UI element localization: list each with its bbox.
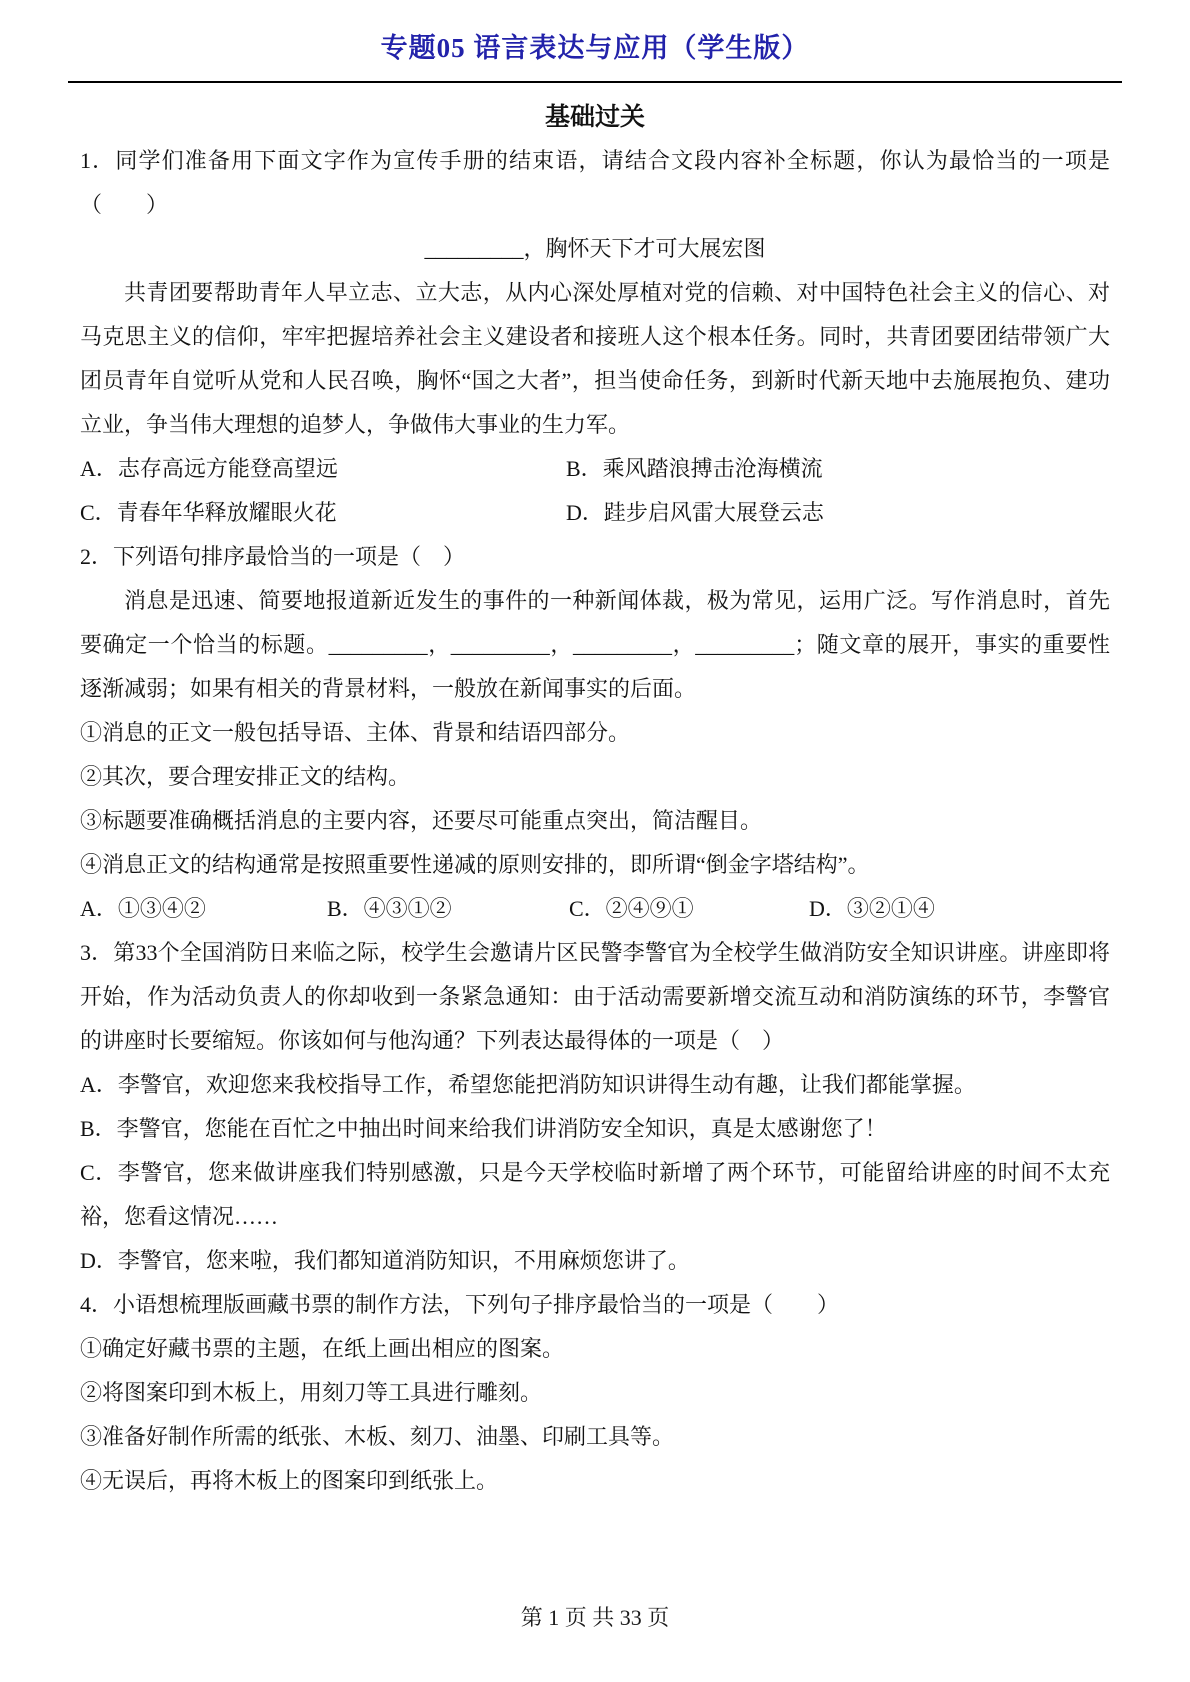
- question-2-options-row: A．①③④② B．④③①② C．②④⑨① D．③②①④: [80, 887, 1110, 931]
- page-title: 专题05 语言表达与应用（学生版）: [68, 26, 1122, 65]
- document-page: 专题05 语言表达与应用（学生版） 基础过关 1．同学们准备用下面文字作为宣传手…: [0, 0, 1190, 1682]
- question-3-option-a: A．李警官，欢迎您来我校指导工作，希望您能把消防知识讲得生动有趣，让我们都能掌握…: [80, 1063, 1110, 1107]
- question-4-stem: 4．小语想梳理版画藏书票的制作方法，下列句子排序最恰当的一项是（ ）: [80, 1283, 1110, 1327]
- footer-page-number: 第 1 页 共 33 页: [0, 1601, 1190, 1632]
- document-header: 专题05 语言表达与应用（学生版）: [68, 26, 1122, 83]
- question-1-option-b: B．乘风踏浪搏击沧海横流: [566, 447, 1110, 491]
- question-2-option-c: C．②④⑨①: [569, 887, 809, 931]
- question-2-option-d: D．③②①④: [809, 887, 1110, 931]
- question-3-stem: 3．第33个全国消防日来临之际，校学生会邀请片区民警李警官为全校学生做消防安全知…: [80, 931, 1110, 1063]
- question-2-item-4: ④消息正文的结构通常是按照重要性递减的原则安排的，即所谓“倒金字塔结构”。: [80, 843, 1110, 887]
- question-1-passage: 共青团要帮助青年人早立志、立大志，从内心深处厚植对党的信赖、对中国特色社会主义的…: [80, 271, 1110, 447]
- question-1-options-row-2: C．青春年华释放耀眼火花 D．跬步启风雷大展登云志: [80, 491, 1110, 535]
- question-2-item-1: ①消息的正文一般包括导语、主体、背景和结语四部分。: [80, 711, 1110, 755]
- question-1-option-d: D．跬步启风雷大展登云志: [566, 491, 1110, 535]
- question-1-options-row-1: A．志存高远方能登高望远 B．乘风踏浪搏击沧海横流: [80, 447, 1110, 491]
- question-2-passage: 消息是迅速、简要地报道新近发生的事件的一种新闻体裁，极为常见，运用广泛。写作消息…: [80, 579, 1110, 711]
- question-3-option-d: D．李警官，您来啦，我们都知道消防知识，不用麻烦您讲了。: [80, 1239, 1110, 1283]
- question-4-item-4: ④无误后，再将木板上的图案印到纸张上。: [80, 1459, 1110, 1503]
- question-1-blank-title: _________，胸怀天下才可大展宏图: [80, 227, 1110, 271]
- question-2-option-b: B．④③①②: [327, 887, 569, 931]
- question-1-stem: 1．同学们准备用下面文字作为宣传手册的结束语，请结合文段内容补全标题，你认为最恰…: [80, 139, 1110, 227]
- question-3-option-b: B．李警官，您能在百忙之中抽出时间来给我们讲消防安全知识，真是太感谢您了！: [80, 1107, 1110, 1151]
- question-2-item-3: ③标题要准确概括消息的主要内容，还要尽可能重点突出，简洁醒目。: [80, 799, 1110, 843]
- document-body: 1．同学们准备用下面文字作为宣传手册的结束语，请结合文段内容补全标题，你认为最恰…: [68, 139, 1122, 1503]
- question-2-item-2: ②其次，要合理安排正文的结构。: [80, 755, 1110, 799]
- question-4-item-3: ③准备好制作所需的纸张、木板、刻刀、油墨、印刷工具等。: [80, 1415, 1110, 1459]
- question-2-stem: 2．下列语句排序最恰当的一项是（ ）: [80, 535, 1110, 579]
- question-3-option-c: C．李警官，您来做讲座我们特别感激，只是今天学校临时新增了两个环节，可能留给讲座…: [80, 1151, 1110, 1239]
- question-1-option-a: A．志存高远方能登高望远: [80, 447, 566, 491]
- question-4-item-1: ①确定好藏书票的主题，在纸上画出相应的图案。: [80, 1327, 1110, 1371]
- question-2-option-a: A．①③④②: [80, 887, 327, 931]
- section-heading: 基础过关: [68, 97, 1122, 133]
- question-1-option-c: C．青春年华释放耀眼火花: [80, 491, 566, 535]
- question-4-item-2: ②将图案印到木板上，用刻刀等工具进行雕刻。: [80, 1371, 1110, 1415]
